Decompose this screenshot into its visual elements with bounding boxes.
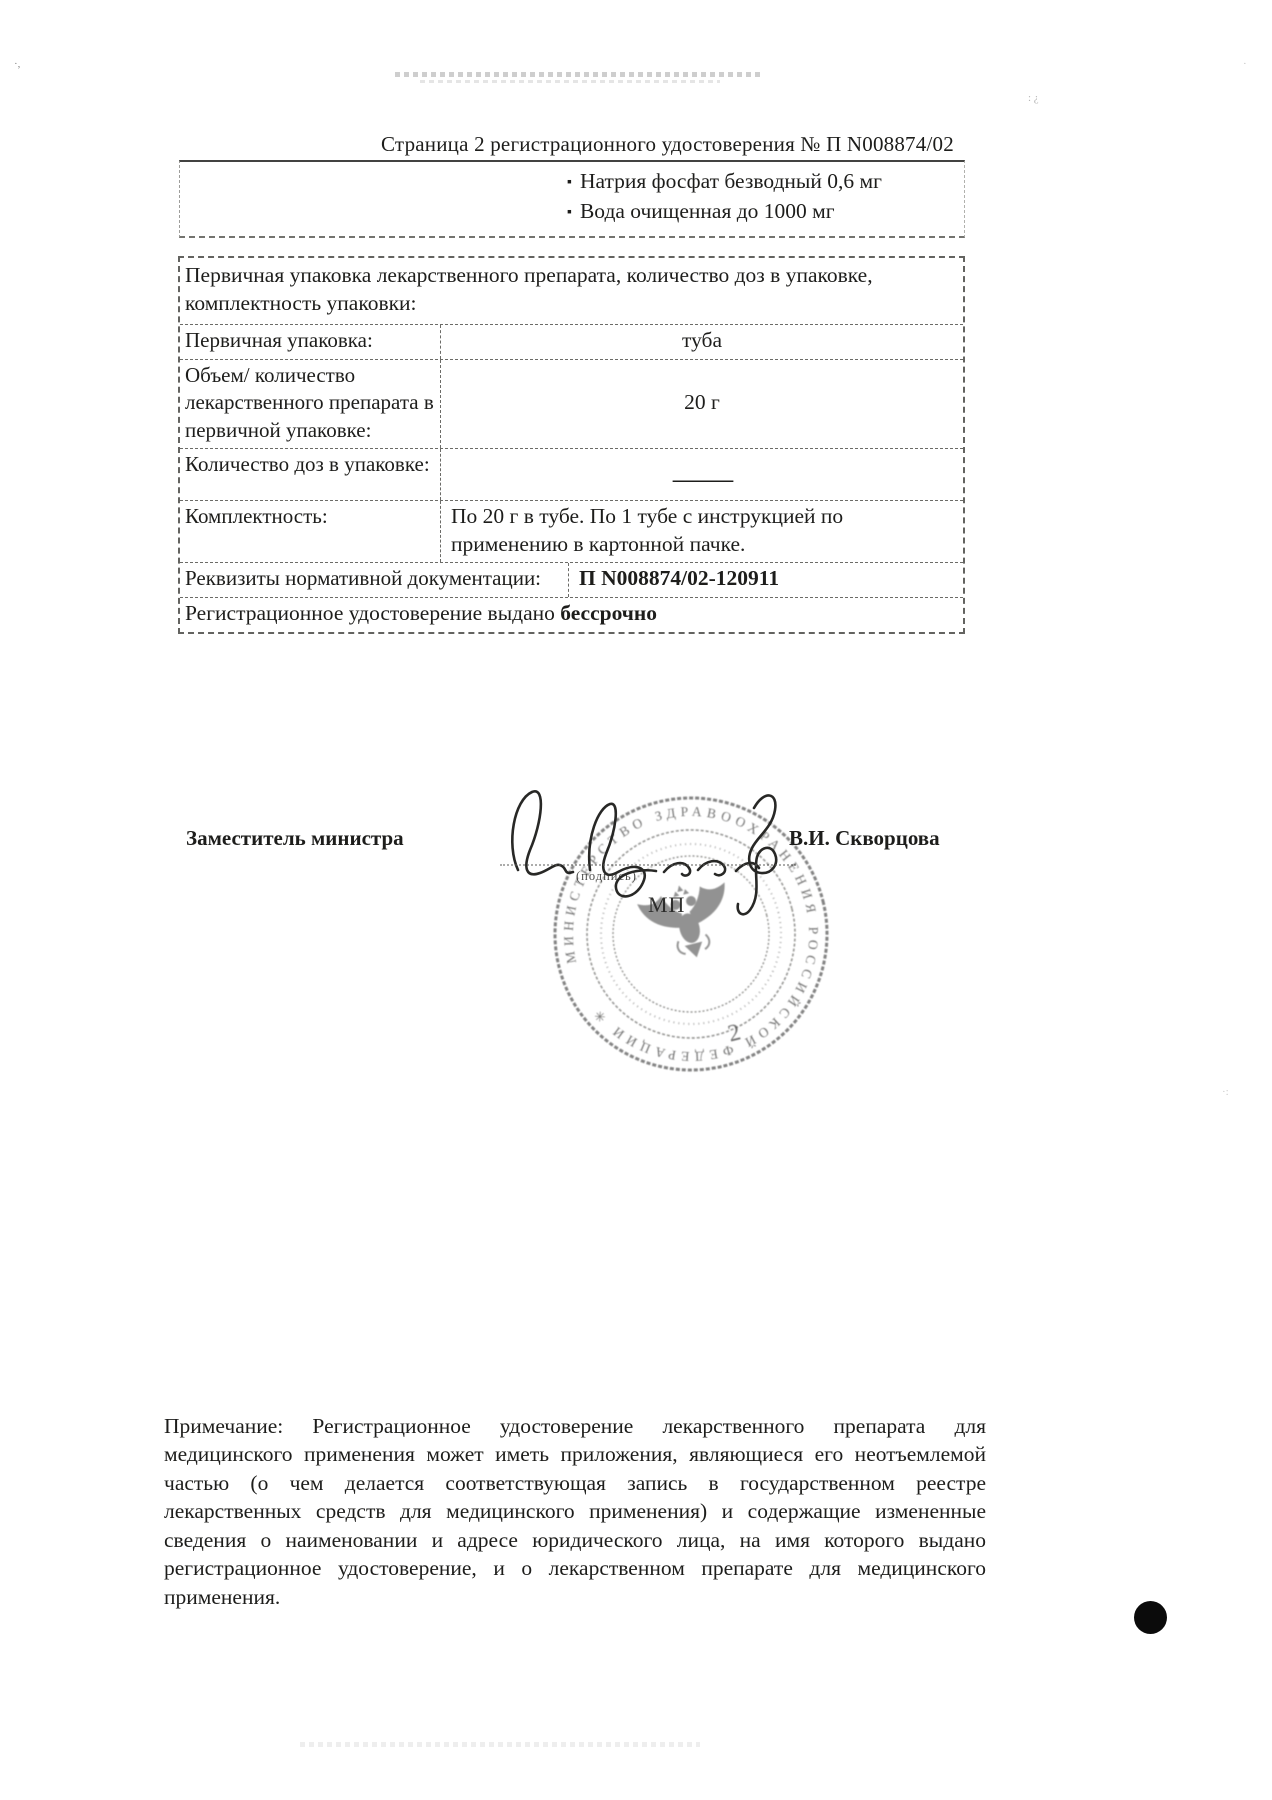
scan-noise-band-top [395, 72, 763, 77]
bullet-icon: ▪ [567, 205, 572, 220]
row-value: 20 г [440, 360, 963, 449]
table-footer: Регистрационное удостоверение выдано бес… [180, 598, 963, 633]
note-paragraph: Примечание: Регистрационное удостоверени… [164, 1412, 986, 1612]
row-label: Первичная упаковка: [180, 325, 440, 359]
scan-speck: ·, [14, 58, 20, 70]
table-row-primary-packaging: Первичная упаковка: туба [180, 325, 963, 360]
composition-box: ▪Натрия фосфат безводный 0,6 мг ▪Вода оч… [179, 160, 965, 238]
row-label: Объем/ количество лекарственного препара… [180, 360, 440, 449]
composition-item-text: Вода очищенная до 1000 мг [580, 199, 835, 223]
packaging-table: Первичная упаковка лекарственного препар… [178, 256, 965, 634]
row-value: П N008874/02-120911 [568, 563, 963, 597]
composition-item-text: Натрия фосфат безводный 0,6 мг [580, 169, 882, 193]
page-header: Страница 2 регистрационного удостоверени… [381, 132, 954, 157]
row-label: Комплектность: [180, 501, 440, 562]
scan-noise-band-bottom [300, 1742, 700, 1747]
table-row-normative-docs: Реквизиты нормативной документации: П N0… [180, 563, 963, 598]
row-value: туба [440, 325, 963, 359]
scan-noise-band-top-2 [420, 80, 720, 83]
note-text: Регистрационное удостоверение лекарствен… [164, 1414, 986, 1610]
table-row-completeness: Комплектность: По 20 г в тубе. По 1 тубе… [180, 501, 963, 563]
bullet-icon: ▪ [567, 175, 572, 190]
signer-position: Заместитель министра [186, 826, 404, 851]
scan-speck: · [1243, 58, 1247, 70]
table-row-doses: Количество доз в упаковке: ——— [180, 449, 963, 501]
scan-hole-punch-dot [1134, 1601, 1167, 1634]
note-label: Примечание: [164, 1414, 283, 1438]
row-label: Количество доз в упаковке: [180, 449, 440, 500]
scanned-certificate-page: ·, : ¿ · ·: Страница 2 регистрационного … [0, 0, 1272, 1800]
composition-item: ▪Вода очищенная до 1000 мг [567, 197, 956, 227]
scan-speck: ·: [1222, 1086, 1229, 1098]
row-label: Реквизиты нормативной документации: [180, 563, 568, 597]
empty-dash: ——— [673, 466, 732, 494]
row-value: По 20 г в тубе. По 1 тубе с инструкцией … [440, 501, 963, 562]
footer-text: Регистрационное удостоверение выдано [185, 601, 560, 625]
composition-item: ▪Натрия фосфат безводный 0,6 мг [567, 167, 956, 197]
row-value: ——— [440, 449, 963, 500]
footer-validity: бессрочно [560, 601, 657, 625]
scan-speck: : ¿ [1028, 92, 1039, 104]
eagle-emblem-icon [635, 875, 740, 969]
table-title: Первичная упаковка лекарственного препар… [180, 258, 963, 325]
table-row-volume: Объем/ количество лекарственного препара… [180, 360, 963, 450]
